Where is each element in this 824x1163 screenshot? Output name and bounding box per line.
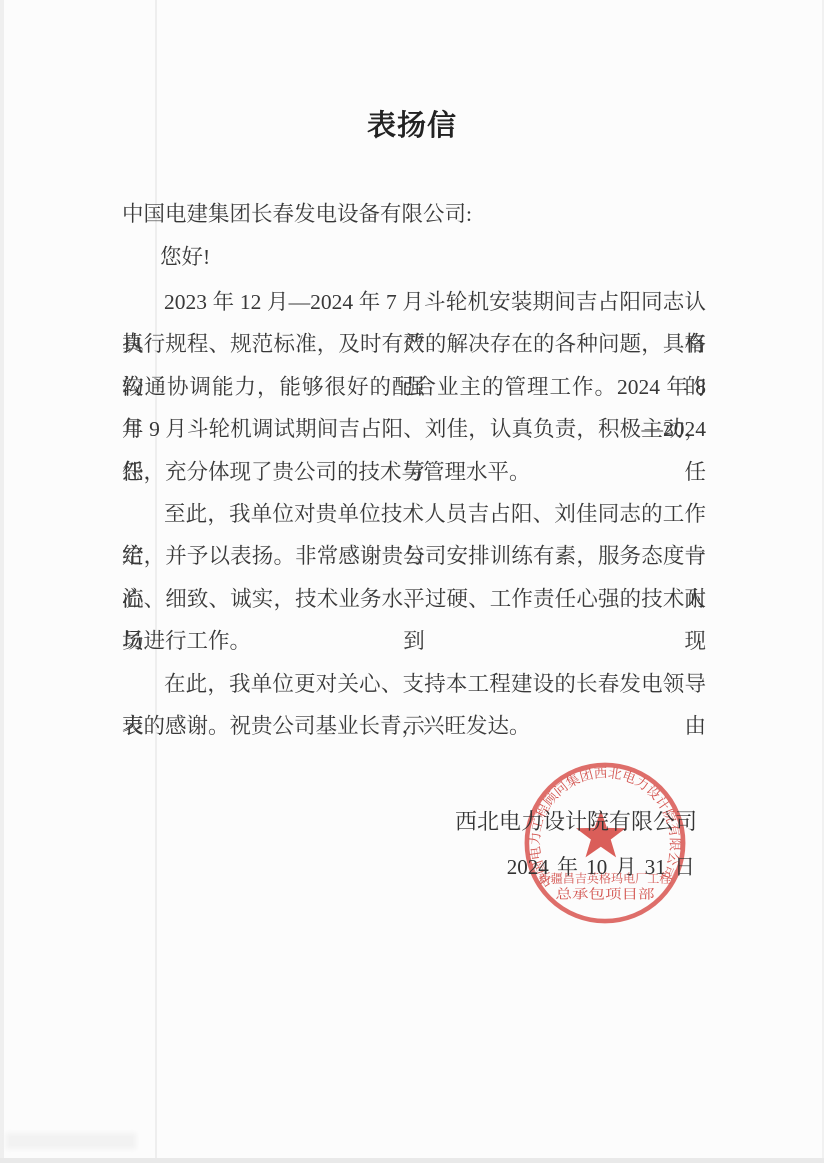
signature-date: 2024 年 10 月 31 日 xyxy=(0,851,695,881)
letter-line: 2023 年 12 月—2024 年 7 月斗轮机安装期间吉占阳同志认真严格 xyxy=(122,281,706,323)
letter-line: 心、细致、诚实，技术业务水平过硬、工作责任心强的技术人员到现 xyxy=(122,578,706,620)
letter-greeting: 您好! xyxy=(160,240,210,271)
letter-line: 年 9 月斗轮机调试期间吉占阳、刘佳，认真负责，积极主动，任劳任 xyxy=(122,408,706,450)
company-seal: 中国电力工程顾问集团西北电力设计院有限公司 新疆昌吉英格玛电厂工程 总承包项目部 xyxy=(521,759,689,927)
letter-line: 至此，我单位对贵单位技术人员吉占阳、刘佳同志的工作给与肯 xyxy=(122,493,706,535)
letter-line: 沟通协调能力，能够很好的配合业主的管理工作。2024 年 8 月—2024 xyxy=(122,366,706,408)
scanned-letter-page: 表扬信 中国电建集团长春发电设备有限公司: 您好! 2023 年 12 月—20… xyxy=(0,0,824,1163)
letter-line: 在此，我单位更对关心、支持本工程建设的长春发电领导表示由 xyxy=(122,663,706,705)
signature-organization: 西北电力设计院有限公司 xyxy=(0,805,697,836)
letter-body: 2023 年 12 月—2024 年 7 月斗轮机安装期间吉占阳同志认真严格 执… xyxy=(122,281,706,747)
letter-line: 执行规程、规范标准，及时有效的解决存在的各种问题，具有较强的 xyxy=(122,323,706,365)
seal-department-line: 总承包项目部 xyxy=(555,886,654,901)
scan-smudge xyxy=(6,1133,136,1149)
scan-edge-bottom xyxy=(0,1158,824,1163)
letter-line: 定，并予以表扬。非常感谢贵公司安排训练有素，服务态度一流、耐 xyxy=(122,535,706,577)
letter-addressee: 中国电建集团长春发电设备有限公司: xyxy=(122,197,472,228)
letter-title: 表扬信 xyxy=(0,103,824,144)
scan-edge-left xyxy=(0,0,4,1163)
